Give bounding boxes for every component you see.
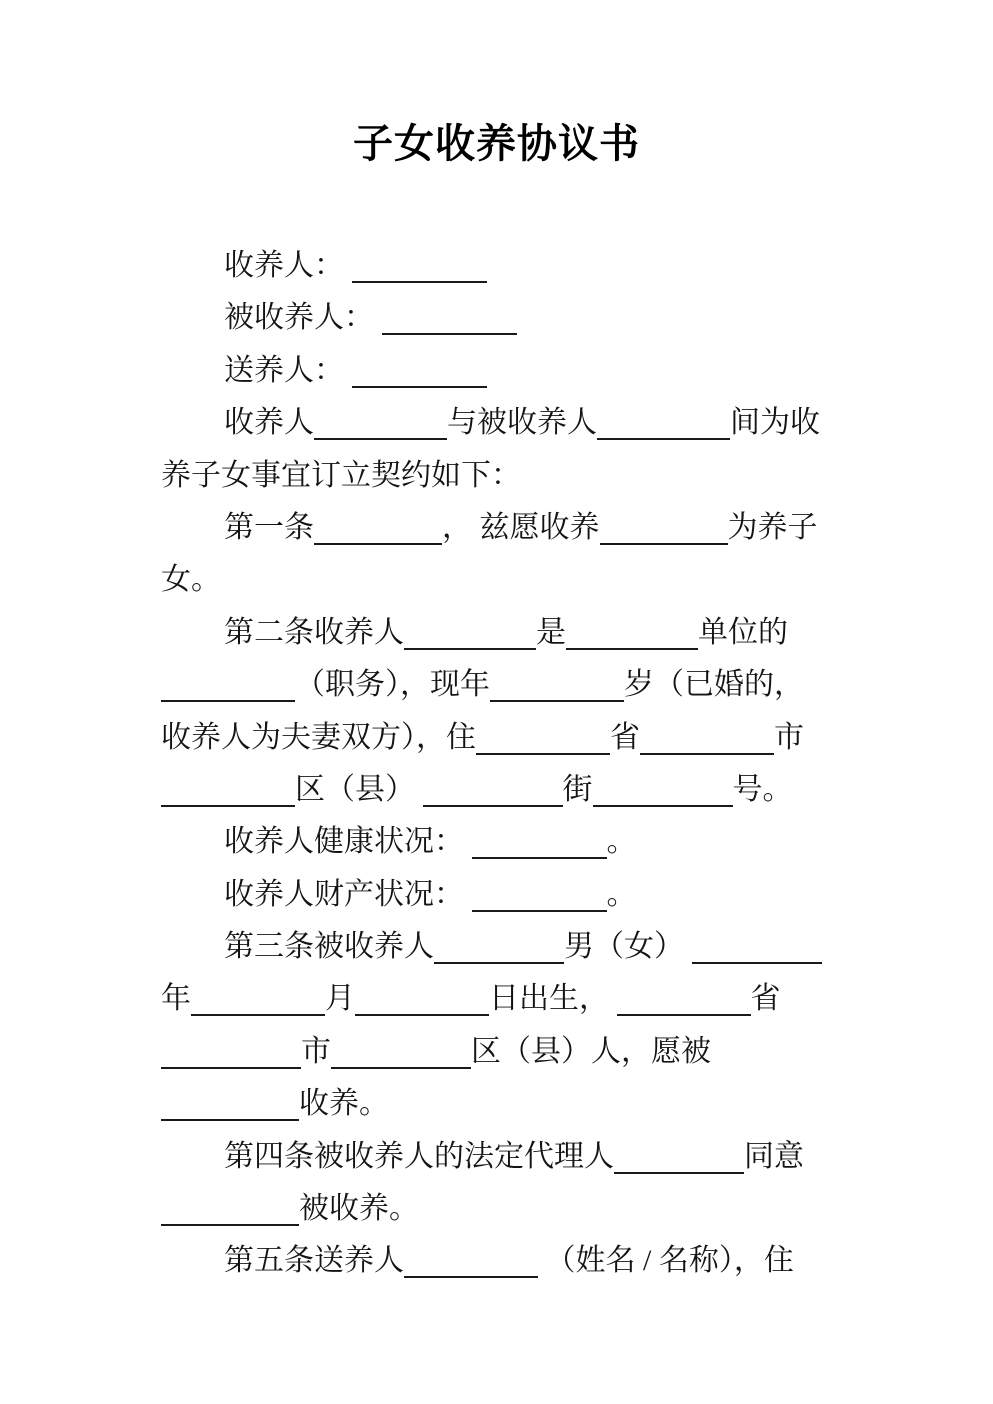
document-line: 送养人：: [161, 345, 829, 397]
text-run: 被收养。: [299, 1192, 419, 1225]
fill-in-blank: [472, 905, 607, 912]
text-run: 收养人健康状况：: [224, 825, 472, 858]
document-line: 女。: [161, 554, 829, 606]
text-run: 。: [607, 825, 637, 858]
fill-in-blank: [692, 957, 822, 964]
text-run: 第三条被收养人: [224, 930, 434, 963]
text-run: 间为收: [730, 406, 820, 439]
text-run: 收养人: [224, 406, 314, 439]
document-line: 收养人：: [161, 240, 829, 292]
document-body: 收养人： 被收养人： 送养人： 收养人与被收养人间为收养子女事宜订立契约如下：第…: [161, 240, 829, 1288]
text-run: 女。: [161, 563, 221, 596]
document-line: 第五条送养人 （姓名 / 名称），住: [161, 1235, 829, 1287]
text-run: 为养子: [728, 511, 818, 544]
fill-in-blank: [352, 276, 487, 283]
fill-in-blank: [382, 328, 517, 335]
document-line: 被收养人：: [161, 292, 829, 344]
text-run: 。: [607, 878, 637, 911]
text-run: 男（女）: [564, 930, 692, 963]
fill-in-blank: [314, 538, 442, 545]
text-run: 收养人：: [224, 249, 352, 282]
text-run: 街: [563, 773, 593, 806]
document-line: 年月日出生， 省: [161, 973, 829, 1025]
text-run: 第五条送养人: [224, 1244, 404, 1277]
text-run: 收养人财产状况：: [224, 878, 472, 911]
fill-in-blank: [597, 433, 730, 440]
document-line: 收养人健康状况： 。: [161, 816, 829, 868]
fill-in-blank: [476, 748, 610, 755]
text-run: 市: [301, 1035, 331, 1068]
document-line: 第二条收养人是单位的: [161, 607, 829, 659]
fill-in-blank: [355, 1009, 489, 1016]
text-run: 第一条: [224, 511, 314, 544]
text-run: 区（县）人，愿被: [471, 1035, 711, 1068]
fill-in-blank: [314, 433, 447, 440]
text-run: 省: [751, 982, 781, 1015]
text-run: 养子女事宜订立契约如下：: [161, 459, 521, 492]
document-line: 第三条被收养人男（女）: [161, 921, 829, 973]
text-run: 送养人：: [224, 354, 352, 387]
fill-in-blank: [161, 800, 295, 807]
text-run: 省: [610, 721, 640, 754]
fill-in-blank: [352, 381, 487, 388]
fill-in-blank: [472, 852, 607, 859]
text-run: 年: [161, 982, 191, 1015]
document-line: 区（县） 街号。: [161, 764, 829, 816]
document-line: 市区（县）人，愿被: [161, 1026, 829, 1078]
document-line: 收养人财产状况： 。: [161, 869, 829, 921]
text-run: 日出生，: [489, 982, 617, 1015]
text-run: 被收养人：: [224, 301, 382, 334]
document-line: 第一条， 兹愿收养为养子: [161, 502, 829, 554]
fill-in-blank: [423, 800, 563, 807]
text-run: 收养。: [299, 1087, 389, 1120]
fill-in-blank: [404, 643, 536, 650]
document-line: 养子女事宜订立契约如下：: [161, 450, 829, 502]
text-run: 岁（已婚的，: [624, 668, 804, 701]
document-line: 第四条被收养人的法定代理人同意: [161, 1131, 829, 1183]
text-run: 第四条被收养人的法定代理人: [224, 1140, 614, 1173]
fill-in-blank: [617, 1009, 751, 1016]
document-title: 子女收养协议书: [0, 121, 993, 167]
text-run: 区（县）: [295, 773, 423, 806]
fill-in-blank: [161, 1062, 301, 1069]
document-line: 收养。: [161, 1078, 829, 1130]
fill-in-blank: [593, 800, 733, 807]
fill-in-blank: [161, 695, 295, 702]
text-run: 同意: [744, 1140, 804, 1173]
text-run: 市: [774, 721, 804, 754]
fill-in-blank: [434, 957, 564, 964]
text-run: 月: [325, 982, 355, 1015]
text-run: 收养人为夫妻双方），住: [161, 721, 476, 754]
fill-in-blank: [404, 1271, 538, 1278]
document-line: （职务），现年岁（已婚的，: [161, 659, 829, 711]
text-run: ， 兹愿收养: [442, 511, 600, 544]
fill-in-blank: [640, 748, 774, 755]
text-run: 单位的: [698, 616, 788, 649]
text-run: 第二条收养人: [224, 616, 404, 649]
document-line: 收养人为夫妻双方），住省市: [161, 712, 829, 764]
fill-in-blank: [566, 643, 698, 650]
fill-in-blank: [331, 1062, 471, 1069]
fill-in-blank: [600, 538, 728, 545]
text-run: （姓名 / 名称），住: [538, 1244, 794, 1277]
fill-in-blank: [161, 1219, 299, 1226]
text-run: 是: [536, 616, 566, 649]
fill-in-blank: [490, 695, 624, 702]
document-line: 被收养。: [161, 1183, 829, 1235]
document-line: 收养人与被收养人间为收: [161, 397, 829, 449]
fill-in-blank: [191, 1009, 325, 1016]
fill-in-blank: [161, 1114, 299, 1121]
fill-in-blank: [614, 1167, 744, 1174]
text-run: （职务），现年: [295, 668, 490, 701]
document-page: 子女收养协议书 收养人： 被收养人： 送养人： 收养人与被收养人间为收养子女事宜…: [0, 0, 993, 1404]
text-run: 号。: [733, 773, 793, 806]
text-run: 与被收养人: [447, 406, 597, 439]
